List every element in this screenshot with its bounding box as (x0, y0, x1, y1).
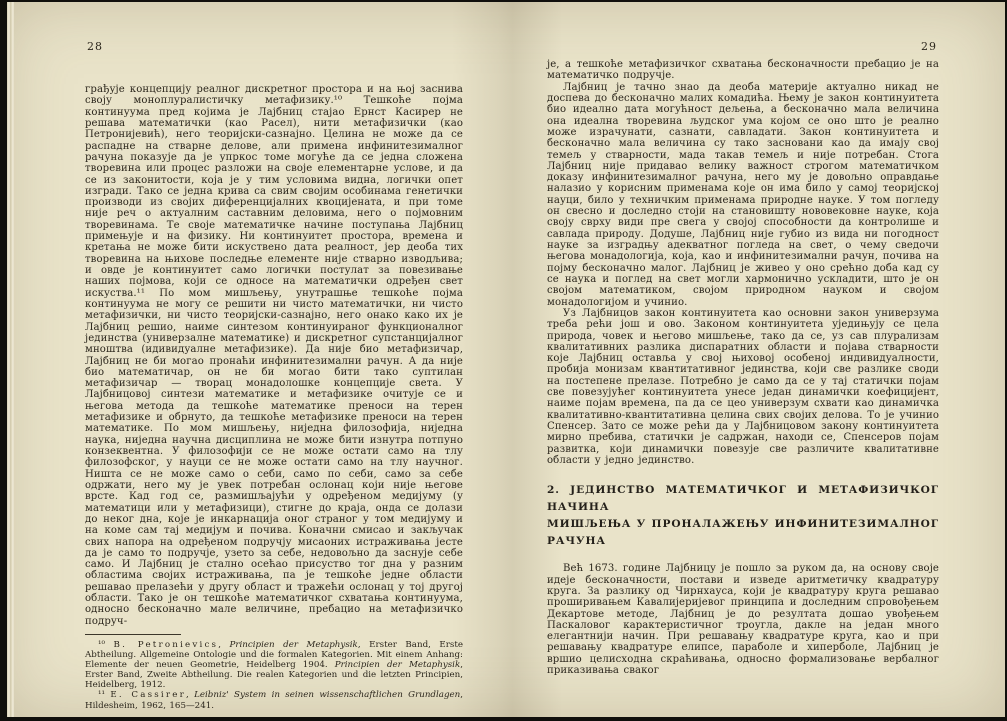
page-gutter-shadow (452, 0, 562, 721)
footnote-11-sep: , (186, 690, 194, 700)
paragraph: Лајбниц је тачно знао да деоба материје … (547, 82, 939, 308)
section-heading-line-2: МИШЉЕЊА У ПРОНАЛАЖЕЊУ ИНФИНИТЕЗИМАЛНОГ Р… (547, 516, 939, 550)
footnote-11-author: E. Cassirer (110, 690, 186, 700)
paragraph-continuation: је, а тешкоће метафизичког схватања беск… (547, 59, 939, 82)
page-edge-stack (7, 0, 14, 721)
footnote-10: ¹⁰ B. Petronievics, Principien der Metap… (85, 640, 463, 690)
page-number-right: 29 (547, 40, 937, 53)
footnote-10-marker: ¹⁰ (98, 640, 114, 650)
footnote-separator (85, 634, 181, 635)
page-number-left: 28 (87, 40, 463, 53)
footnote-10-title-2: Principien der Metaphysik (335, 660, 460, 670)
paragraph: Већ 1673. године Лајбницу је пошло за ру… (547, 563, 939, 676)
footnote-10-title-1: Principien der Metaphysik (230, 640, 358, 650)
footnote-11-title: Leibniz' System in seinen wissenschaftli… (194, 690, 460, 700)
scan-edge-bottom (0, 717, 1007, 721)
footnote-11-marker: ¹¹ (98, 690, 110, 700)
section-heading-line-1: 2. ЈЕДИНСТВО МАТЕМАТИЧКОГ И МЕТАФИЗИЧКОГ… (547, 482, 939, 516)
scan-edge-left (0, 0, 7, 721)
footnote-10-author: B. Petronievics (114, 640, 219, 650)
book-scan: 28 грађује концепцију реалног дискретног… (0, 0, 1007, 721)
left-page-body-paragraph: грађује концепцију реалног дискретног пр… (85, 84, 463, 627)
scan-edge-top (0, 0, 1007, 2)
footnote-10-sep: , (218, 640, 229, 650)
paragraph: Уз Лајбницов закон континуитета као осно… (547, 308, 939, 466)
page-28: 28 грађује концепцију реалног дискретног… (85, 40, 463, 711)
right-page-body: је, а тешкоће метафизичког схватања беск… (547, 59, 939, 676)
section-heading: 2. ЈЕДИНСТВО МАТЕМАТИЧКОГ И МЕТАФИЗИЧКОГ… (547, 482, 939, 550)
footnote-11: ¹¹ E. Cassirer, Leibniz' System in seine… (85, 690, 463, 710)
page-29: 29 је, а тешкоће метафизичког схватања б… (547, 40, 939, 676)
